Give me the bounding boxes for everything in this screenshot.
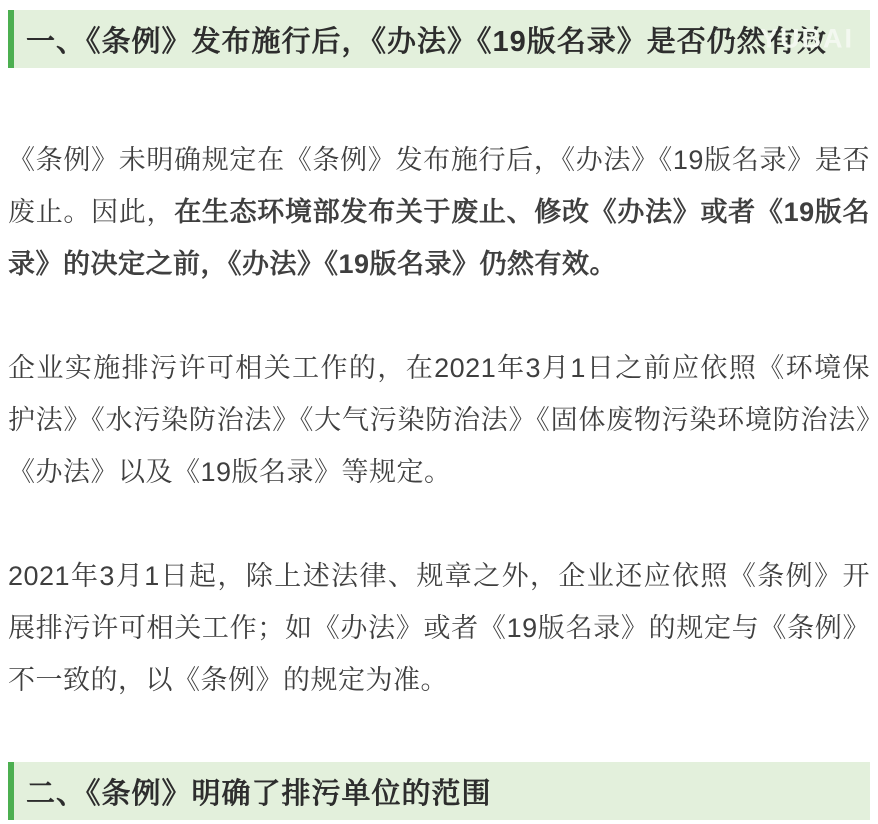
paragraph: 《条例》未明确规定在《条例》发布施行后，《办法》《19版名录》是否废止。因此，在…	[8, 134, 870, 290]
green-accent-bar	[8, 10, 14, 68]
paragraph: 2021年3月1日起，除上述法律、规章之外，企业还应依照《条例》开展排污许可相关…	[8, 550, 870, 706]
section-2-title: 二、《条例》明确了排污单位的范围	[8, 771, 492, 812]
section-1-title: 一、《条例》发布施行后，《办法》《19版名录》是否仍然有效	[8, 19, 827, 60]
yubai-watermark: YUBAI	[760, 24, 854, 55]
article-body: 《条例》未明确规定在《条例》发布施行后，《办法》《19版名录》是否废止。因此，在…	[0, 68, 878, 762]
section-header-2: 二、《条例》明确了排污单位的范围	[8, 762, 870, 820]
paragraph-text: 企业实施排污许可相关工作的，在2021年3月1日之前应依照《环境保护法》《水污染…	[8, 353, 870, 487]
article-page: 一、《条例》发布施行后，《办法》《19版名录》是否仍然有效 YUBAI 《条例》…	[0, 0, 878, 820]
section-header-1: 一、《条例》发布施行后，《办法》《19版名录》是否仍然有效 YUBAI	[8, 10, 870, 68]
green-accent-bar	[8, 762, 14, 820]
paragraph-text: 2021年3月1日起，除上述法律、规章之外，企业还应依照《条例》开展排污许可相关…	[8, 561, 870, 695]
paragraph: 企业实施排污许可相关工作的，在2021年3月1日之前应依照《环境保护法》《水污染…	[8, 342, 870, 498]
